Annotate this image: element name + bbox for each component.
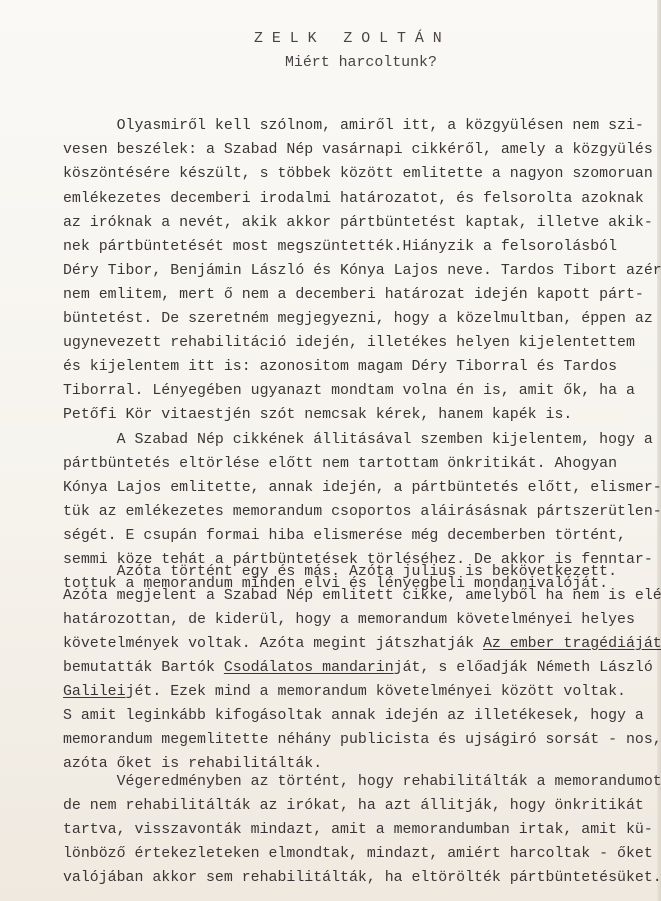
text-line: memorandum megemlitette néhány publicist… — [63, 731, 661, 749]
text-line: vesen beszélek: a Szabad Nép vasárnapi c… — [63, 141, 653, 159]
underlined-title-galilei: Galilei — [63, 684, 126, 700]
author-name: Z E L K Z O L T Á N — [254, 30, 442, 48]
text-line: büntetést. De szeretném megjegyezni, hog… — [63, 310, 653, 328]
text-segment: követelmények voltak. Azóta megint játsz… — [63, 636, 483, 652]
text-line: azóta őket is rehabilitálták. — [63, 755, 322, 773]
text-line: és kijelentem itt is: azonositom magam D… — [63, 358, 617, 376]
page-edge-shadow — [657, 0, 661, 901]
text-line: köszöntésére készült, s többek között em… — [63, 165, 653, 183]
text-line: Tiborral. Lényegében ugyanazt mondtam vo… — [63, 382, 635, 400]
text-line: S amit leginkább kifogásoltak annak idej… — [63, 707, 644, 725]
text-line: Azóta történt egy és más. Azóta julius i… — [63, 563, 617, 581]
text-line: tartva, visszavonták mindazt, amit a mem… — [63, 821, 653, 839]
text-segment: bemutatták Bartók — [63, 660, 224, 676]
text-line: Kónya Lajos emlitette, annak idején, a p… — [63, 479, 661, 497]
text-line: bemutatták Bartók Csodálatos mandarinját… — [63, 659, 653, 677]
text-line: az iróknak a nevét, akik akkor pártbünte… — [63, 214, 653, 232]
text-line: ségét. E csupán formai hiba elismerése m… — [63, 527, 626, 545]
text-line: emlékezetes decemberi irodalmi határozat… — [63, 190, 644, 208]
underlined-title-tragedy: Az ember tragédiáját — [483, 636, 661, 652]
underlined-title-mandarin: Csodálatos mandarin — [224, 660, 394, 676]
text-line: valójában akkor sem rehabilitálták, ha e… — [63, 869, 661, 887]
text-line: lönböző értekezleteken elmondtak, mindaz… — [63, 845, 653, 863]
text-line: Azóta megjelent a Szabad Nép emlitett ci… — [63, 587, 661, 605]
document-title: Miért harcoltunk? — [285, 54, 437, 72]
text-line: nek pártbüntetését most megszüntették.Hi… — [63, 238, 617, 256]
text-segment: ját, s előadják Németh László — [394, 660, 653, 676]
text-line: de nem rehabilitálták az irókat, ha azt … — [63, 797, 644, 815]
text-line: ugynevezett rehabilitáció idején, illeté… — [63, 334, 635, 352]
text-line: Végeredményben az történt, hogy rehabili… — [63, 773, 661, 791]
text-line: nem emlitem, mert ő nem a decemberi hatá… — [63, 286, 644, 304]
text-line: tük az emlékezetes memorandum csoportos … — [63, 503, 661, 521]
text-line: Petőfi Kör vitaestjén szót nemcsak kérek… — [63, 406, 572, 424]
text-line: Galileijét. Ezek mind a memorandum követ… — [63, 683, 626, 701]
text-line: Déry Tibor, Benjámin László és Kónya Laj… — [63, 262, 661, 280]
text-line: A Szabad Nép cikkének állitásával szembe… — [63, 431, 653, 449]
text-line: pártbüntetés eltörlése előtt nem tartott… — [63, 455, 617, 473]
text-segment: jét. Ezek mind a memorandum követelménye… — [126, 684, 626, 700]
text-line: határozottan, de kiderül, hogy a memoran… — [63, 611, 635, 629]
text-line: követelmények voltak. Azóta megint játsz… — [63, 635, 661, 653]
text-line: Olyasmiről kell szólnom, amiről itt, a k… — [63, 117, 644, 135]
typewritten-page: Z E L K Z O L T Á N Miért harcoltunk? Ol… — [0, 0, 661, 901]
